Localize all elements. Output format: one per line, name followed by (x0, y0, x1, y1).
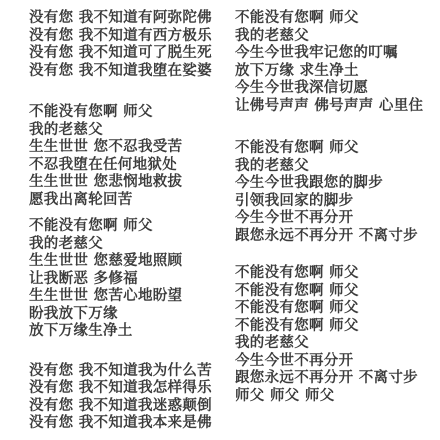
lyric-line: 生生世世 您慈爱地照顾 (29, 253, 229, 271)
lyric-line: 不能没有您啊 师父 (235, 140, 440, 158)
lyrics-right-column: 不能没有您啊 师父 我的老慈父 今生今世我牢记您的叮嘱 放下万缘 求生净土 今生… (235, 10, 440, 405)
lyric-line: 没有您 我不知道可了脱生死 (29, 45, 229, 63)
lyric-line: 今生今世不再分开 (235, 353, 440, 371)
lyric-line: 生生世世 您不忍我受苦 (29, 139, 229, 157)
lyric-line: 没有您 我不知道我怎样得乐 (29, 380, 229, 398)
lyric-line: 愿我出离轮回苦 (29, 192, 229, 210)
lyric-line: 没有您 我不知道有西方极乐 (29, 28, 229, 46)
lyric-line: 我的老慈父 (235, 335, 440, 353)
lyric-line: 我的老慈父 (235, 158, 440, 176)
lyric-line: 生生世世 您悲悯地救拔 (29, 174, 229, 192)
stanza-left-3: 不能没有您啊 师父 我的老慈父 生生世世 您慈爱地照顾 让我断恶 多修福 生生世… (29, 218, 229, 341)
lyric-line: 没有您 我不知道我为什么苦 (29, 363, 229, 381)
stanza-left-2: 不能没有您啊 师父 我的老慈父 生生世世 您不忍我受苦 不忍我堕在任何地狱处 生… (29, 104, 229, 209)
stanza-right-2: 不能没有您啊 师父 我的老慈父 今生今世我跟您的脚步 引领我回家的脚步 今生今世… (235, 140, 440, 245)
lyric-line: 我的老慈父 (235, 28, 440, 46)
lyric-line: 今生今世我牢记您的叮嘱 (235, 45, 440, 63)
stanza-left-4: 没有您 我不知道我为什么苦 没有您 我不知道我怎样得乐 没有您 我不知道我迷惑颠… (29, 363, 229, 433)
lyric-line: 没有您 我不知道我本来是佛 (29, 415, 229, 433)
lyric-line: 今生今世不再分开 (235, 210, 440, 228)
lyric-line: 让佛号声声 佛号声声 心里住 (235, 98, 440, 116)
lyric-line: 没有您 我不知道有阿弥陀佛 (29, 10, 229, 28)
lyric-line: 没有您 我不知道我堕在娑婆 (29, 63, 229, 81)
lyric-line: 不能没有您啊 师父 (235, 283, 440, 301)
lyric-line: 我的老慈父 (29, 236, 229, 254)
lyric-line: 不忍我堕在任何地狱处 (29, 157, 229, 175)
lyric-line: 今生今世我跟您的脚步 (235, 175, 440, 193)
lyric-line: 我的老慈父 (29, 122, 229, 140)
lyrics-page: 没有您 我不知道有阿弥陀佛 没有您 我不知道有西方极乐 没有您 我不知道可了脱生… (0, 0, 440, 440)
lyric-line: 盼我放下万缘 (29, 306, 229, 324)
lyric-line: 放下万缘 求生净土 (235, 63, 440, 81)
lyric-line: 不能没有您啊 师父 (29, 104, 229, 122)
lyric-line: 不能没有您啊 师父 (235, 265, 440, 283)
lyric-line: 不能没有您啊 师父 (235, 10, 440, 28)
stanza-right-3: 不能没有您啊 师父 不能没有您啊 师父 不能没有您啊 师父 不能没有您啊 师父 … (235, 265, 440, 405)
lyric-line: 跟您永远不再分开 不离寸步 (235, 370, 440, 388)
lyric-line: 今生今世我深信切愿 (235, 80, 440, 98)
lyric-line: 没有您 我不知道我迷惑颠倒 (29, 398, 229, 416)
lyric-line: 不能没有您啊 师父 (29, 218, 229, 236)
lyric-line: 师父 师父 师父 (235, 388, 440, 406)
lyric-line: 不能没有您啊 师父 (235, 300, 440, 318)
stanza-right-1: 不能没有您啊 师父 我的老慈父 今生今世我牢记您的叮嘱 放下万缘 求生净土 今生… (235, 10, 440, 115)
lyric-line: 引领我回家的脚步 (235, 193, 440, 211)
lyric-line: 让我断恶 多修福 (29, 271, 229, 289)
lyrics-left-column: 没有您 我不知道有阿弥陀佛 没有您 我不知道有西方极乐 没有您 我不知道可了脱生… (29, 10, 229, 433)
lyric-line: 不能没有您啊 师父 (235, 318, 440, 336)
lyric-line: 生生世世 您苦心地盼望 (29, 288, 229, 306)
stanza-left-1: 没有您 我不知道有阿弥陀佛 没有您 我不知道有西方极乐 没有您 我不知道可了脱生… (29, 10, 229, 80)
lyric-line: 放下万缘生净土 (29, 323, 229, 341)
lyric-line: 跟您永远不再分开 不离寸步 (235, 228, 440, 246)
